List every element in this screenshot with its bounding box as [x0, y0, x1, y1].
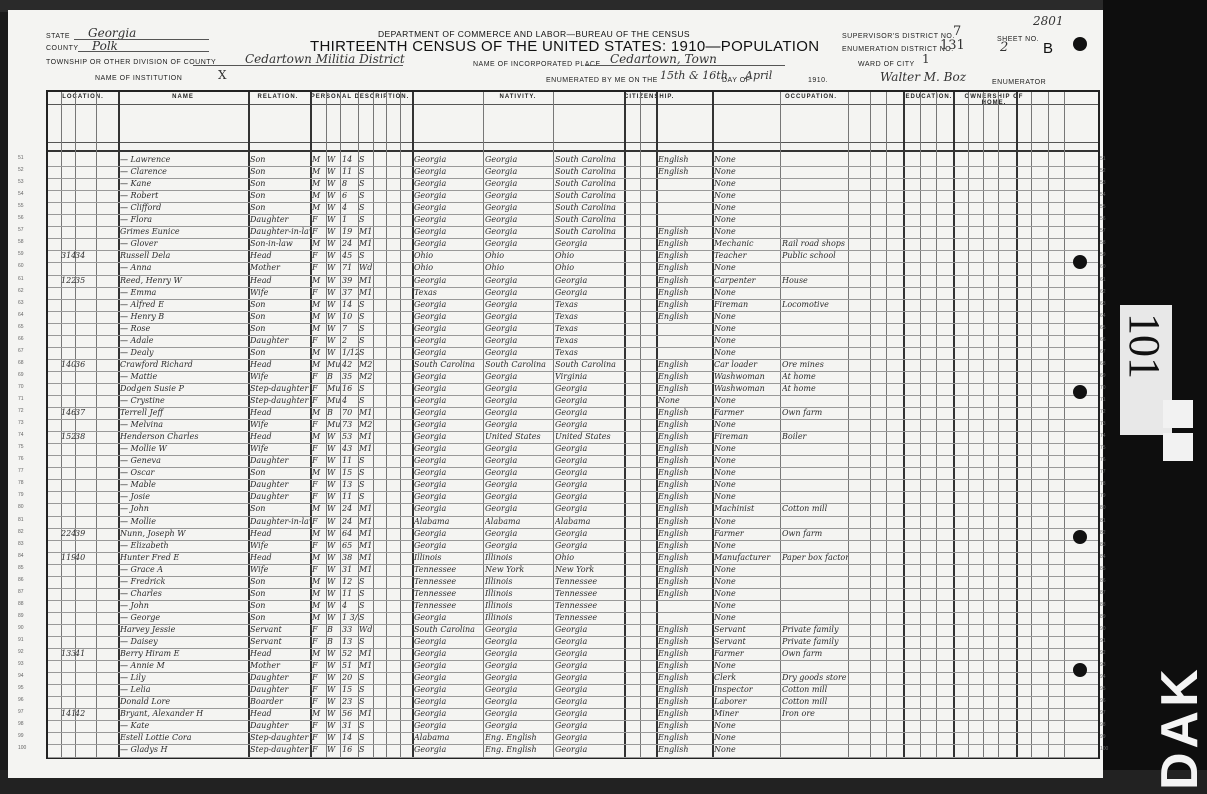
row-name: — Adale — [120, 336, 248, 345]
row-industry: Ore mines — [782, 360, 848, 369]
row-industry: Public school — [782, 251, 848, 260]
row-age: 14 — [342, 155, 358, 164]
row-marital: S — [359, 251, 373, 260]
row-line: 65 — [18, 324, 42, 330]
row-family: 37 — [75, 408, 95, 417]
col-line — [848, 92, 849, 757]
row-age: 35 — [342, 372, 358, 381]
row-industry: Private family — [782, 625, 848, 634]
row-marital: S — [359, 745, 373, 754]
row-trade: Machinist — [714, 504, 780, 513]
row-name: Russell Dela — [120, 251, 248, 260]
row-race: W — [327, 673, 341, 682]
row-line-number-right: 82 — [1100, 530, 1106, 536]
row-mother: Georgia — [555, 408, 624, 417]
row-name: Hunter Fred E — [120, 553, 248, 562]
row-line-number-right: 57 — [1100, 228, 1106, 234]
row-name: — Mollie W — [120, 444, 248, 453]
row-age: 16 — [342, 384, 358, 393]
year-value: 1910. — [808, 77, 828, 84]
row-line: 71 — [18, 396, 42, 402]
punch-hole — [1073, 663, 1087, 677]
row-birth: Georgia — [414, 348, 483, 357]
row-birth: Alabama — [414, 733, 483, 742]
row-industry: Own farm — [782, 649, 848, 658]
row-sex: M — [312, 167, 326, 176]
row-sex: F — [312, 420, 326, 429]
row-father: Eng. English — [485, 733, 553, 742]
row-line-number-right: 69 — [1100, 373, 1106, 379]
row-language: English — [658, 444, 712, 453]
row-name: — Anna — [120, 263, 248, 272]
row-language: English — [658, 661, 712, 670]
stamp-number: 2801 — [1033, 14, 1064, 28]
row-trade: None — [714, 324, 780, 333]
row-sex: F — [312, 444, 326, 453]
row-age: 15 — [342, 685, 358, 694]
row-marital: S — [359, 468, 373, 477]
row-marital: M1 — [359, 432, 373, 441]
row-marital: M1 — [359, 239, 373, 248]
row-marital: S — [359, 348, 373, 357]
dak-label: DAK — [1150, 665, 1207, 790]
row-sex: F — [312, 733, 326, 742]
row-line: 64 — [18, 312, 42, 318]
row-age: 24 — [342, 517, 358, 526]
row-marital: M1 — [359, 408, 373, 417]
row-relation: Daughter-in-law — [250, 517, 310, 526]
row-race: W — [327, 300, 341, 309]
row-language: None — [658, 396, 712, 405]
row-language: English — [658, 384, 712, 393]
row-sex: M — [312, 504, 326, 513]
col-line — [886, 92, 887, 757]
row-name: — Charles — [120, 589, 248, 598]
row-line: 61 — [18, 276, 42, 282]
row-birth: Georgia — [414, 384, 483, 393]
row-language: English — [658, 745, 712, 754]
row-trade: None — [714, 155, 780, 164]
row-line-number-right: 78 — [1100, 481, 1106, 487]
row-race: W — [327, 227, 341, 236]
row-mother: Georgia — [555, 625, 624, 634]
row-relation: Head — [250, 276, 310, 285]
row-line: 55 — [18, 203, 42, 209]
row-sex: F — [312, 336, 326, 345]
row-trade: None — [714, 167, 780, 176]
row-birth: Tennessee — [414, 601, 483, 610]
row-name: Henderson Charles — [120, 432, 248, 441]
row-name: Donald Lore — [120, 697, 248, 706]
row-father: United States — [485, 432, 553, 441]
row-marital: S — [359, 396, 373, 405]
row-dwelling: 122 — [61, 276, 75, 285]
row-name: — Robert — [120, 191, 248, 200]
row-father: Georgia — [485, 203, 553, 212]
enumerated-label: ENUMERATED BY ME ON THE — [546, 77, 658, 84]
row-father: Georgia — [485, 504, 553, 513]
row-father: Georgia — [485, 492, 553, 501]
row-language: English — [658, 420, 712, 429]
row-relation: Step-daughter — [250, 733, 310, 742]
row-name: — John — [120, 504, 248, 513]
row-name: — Mattie — [120, 372, 248, 381]
row-marital: S — [359, 203, 373, 212]
row-race: W — [327, 215, 341, 224]
row-industry: Own farm — [782, 408, 848, 417]
row-line-number-right: 71 — [1100, 397, 1106, 403]
row-name: — Clarence — [120, 167, 248, 176]
row-language: English — [658, 625, 712, 634]
row-line: 53 — [18, 179, 42, 185]
row-father: South Carolina — [485, 360, 553, 369]
row-sex: M — [312, 276, 326, 285]
col-line — [386, 92, 387, 757]
col-line — [1031, 92, 1032, 757]
row-mother: South Carolina — [555, 191, 624, 200]
row-line-number-right: 79 — [1100, 493, 1106, 499]
row-line: 57 — [18, 227, 42, 233]
row-marital: M1 — [359, 661, 373, 670]
row-sex: M — [312, 179, 326, 188]
col-line — [953, 92, 955, 757]
row-relation: Son — [250, 203, 310, 212]
row-birth: Georgia — [414, 324, 483, 333]
row-marital: S — [359, 191, 373, 200]
row-language: English — [658, 673, 712, 682]
row-relation: Wife — [250, 288, 310, 297]
row-father: Alabama — [485, 517, 553, 526]
row-language: English — [658, 649, 712, 658]
row-marital: M1 — [359, 709, 373, 718]
row-line: 98 — [18, 721, 42, 727]
row-family: 42 — [75, 709, 95, 718]
row-marital: S — [359, 167, 373, 176]
row-name: — Emma — [120, 288, 248, 297]
row-trade: Farmer — [714, 529, 780, 538]
section-personal: PERSONAL DESCRIPTION. — [308, 94, 412, 100]
row-race: W — [327, 480, 341, 489]
row-line: 78 — [18, 480, 42, 486]
row-line: 82 — [18, 529, 42, 535]
row-line-number-right: 65 — [1100, 325, 1106, 331]
row-birth: Georgia — [414, 673, 483, 682]
row-line: 60 — [18, 263, 42, 269]
row-language: English — [658, 733, 712, 742]
row-birth: Georgia — [414, 239, 483, 248]
row-relation: Wife — [250, 420, 310, 429]
row-sex: F — [312, 263, 326, 272]
row-race: W — [327, 661, 341, 670]
row-mother: United States — [555, 432, 624, 441]
row-line-number-right: 52 — [1100, 168, 1106, 174]
row-sex: F — [312, 697, 326, 706]
row-race: W — [327, 745, 341, 754]
row-trade: Servant — [714, 625, 780, 634]
row-mother: Georgia — [555, 420, 624, 429]
row-race: W — [327, 444, 341, 453]
row-mother: Georgia — [555, 709, 624, 718]
row-father: Georgia — [485, 444, 553, 453]
row-age: 1 — [342, 215, 358, 224]
row-marital: M1 — [359, 649, 373, 658]
col-line — [373, 92, 374, 757]
row-birth: Tennessee — [414, 577, 483, 586]
col-line — [998, 92, 999, 757]
census-title: THIRTEENTH CENSUS OF THE UNITED STATES: … — [310, 38, 819, 55]
row-race: W — [327, 167, 341, 176]
row-trade: None — [714, 661, 780, 670]
row-age: 24 — [342, 239, 358, 248]
row-sex: M — [312, 432, 326, 441]
row-sex: M — [312, 601, 326, 610]
row-relation: Daughter — [250, 673, 310, 682]
row-name: — Clifford — [120, 203, 248, 212]
row-relation: Son — [250, 504, 310, 513]
row-line-number-right: 91 — [1100, 638, 1106, 644]
col-line — [780, 92, 781, 757]
row-language: English — [658, 468, 712, 477]
row-birth: Tennessee — [414, 565, 483, 574]
row-relation: Wife — [250, 444, 310, 453]
row-language: English — [658, 408, 712, 417]
row-family: 41 — [75, 649, 95, 658]
row-name: — Lily — [120, 673, 248, 682]
row-line-number-right: 75 — [1100, 445, 1106, 451]
row-mother: South Carolina — [555, 203, 624, 212]
row-line-number-right: 83 — [1100, 542, 1106, 548]
row-father: Ohio — [485, 251, 553, 260]
row-language: English — [658, 480, 712, 489]
row-father: Georgia — [485, 191, 553, 200]
row-birth: Georgia — [414, 697, 483, 706]
row-birth: Georgia — [414, 721, 483, 730]
row-marital: S — [359, 577, 373, 586]
row-dwelling: 152 — [61, 432, 75, 441]
row-birth: Georgia — [414, 408, 483, 417]
row-name: Harvey Jessie — [120, 625, 248, 634]
row-father: Illinois — [485, 613, 553, 622]
row-trade: Inspector — [714, 685, 780, 694]
row-name: — Crystine — [120, 396, 248, 405]
row-mother: Georgia — [555, 673, 624, 682]
row-line: 74 — [18, 432, 42, 438]
row-race: B — [327, 637, 341, 646]
row-race: W — [327, 577, 341, 586]
row-race: W — [327, 179, 341, 188]
row-line: 56 — [18, 215, 42, 221]
row-age: 24 — [342, 504, 358, 513]
row-mother: Alabama — [555, 517, 624, 526]
row-language: English — [658, 577, 712, 586]
section-nativity: NATIVITY. — [412, 94, 624, 100]
row-industry: Rail road shops — [782, 239, 848, 248]
supervisor-district-value: 7 — [953, 24, 961, 39]
row-birth: Tennessee — [414, 589, 483, 598]
row-age: 8 — [342, 179, 358, 188]
row-age: 31 — [342, 565, 358, 574]
row-race: W — [327, 456, 341, 465]
row-relation: Son — [250, 468, 310, 477]
enumerator-name: Walter M. Boz — [880, 70, 966, 84]
row-sex: F — [312, 492, 326, 501]
row-line-number-right: 58 — [1100, 240, 1106, 246]
state-value: Georgia — [88, 26, 136, 40]
row-father: Georgia — [485, 167, 553, 176]
row-relation: Step-daughter — [250, 745, 310, 754]
row-name: — Gladys H — [120, 745, 248, 754]
row-mother: Tennessee — [555, 577, 624, 586]
section-occupation: OCCUPATION. — [706, 94, 916, 100]
row-industry: Dry goods store — [782, 673, 848, 682]
row-marital: S — [359, 721, 373, 730]
row-mother: Ohio — [555, 553, 624, 562]
row-name: — Mable — [120, 480, 248, 489]
row-age: 14 — [342, 300, 358, 309]
row-line-number-right: 55 — [1100, 204, 1106, 210]
row-race: B — [327, 625, 341, 634]
row-relation: Son — [250, 613, 310, 622]
row-relation: Son — [250, 155, 310, 164]
row-birth: Georgia — [414, 276, 483, 285]
row-birth: Georgia — [414, 468, 483, 477]
row-line-number-right: 84 — [1100, 554, 1106, 560]
row-age: 20 — [342, 673, 358, 682]
row-sex: M — [312, 324, 326, 333]
row-marital: S — [359, 697, 373, 706]
section-ownership: OWNERSHIP OF HOME. — [954, 94, 1034, 106]
row-father: Georgia — [485, 312, 553, 321]
row-sex: F — [312, 661, 326, 670]
row-age: 39 — [342, 276, 358, 285]
row-language: English — [658, 251, 712, 260]
row-father: Georgia — [485, 384, 553, 393]
col-line — [1016, 92, 1018, 757]
header-divider — [48, 142, 1098, 143]
row-age: 2 — [342, 336, 358, 345]
row-name: — Annie M — [120, 661, 248, 670]
row-trade: None — [714, 456, 780, 465]
col-line — [920, 92, 921, 757]
row-language: English — [658, 504, 712, 513]
row-sex: F — [312, 480, 326, 489]
row-age: 10 — [342, 312, 358, 321]
row-industry: Private family — [782, 637, 848, 646]
row-line-number-right: 94 — [1100, 674, 1106, 680]
row-line: 94 — [18, 673, 42, 679]
row-line-number-right: 59 — [1100, 252, 1106, 258]
row-father: Georgia — [485, 408, 553, 417]
row-mother: Georgia — [555, 288, 624, 297]
row-father: Eng. English — [485, 745, 553, 754]
col-line — [553, 92, 554, 757]
row-relation: Son — [250, 179, 310, 188]
row-birth: Georgia — [414, 155, 483, 164]
row-name: Crawford Richard — [120, 360, 248, 369]
row-birth: Georgia — [414, 637, 483, 646]
row-industry: Iron ore — [782, 709, 848, 718]
row-trade: Farmer — [714, 649, 780, 658]
row-trade: Mechanic — [714, 239, 780, 248]
row-mother: Georgia — [555, 685, 624, 694]
row-line-number-right: 95 — [1100, 686, 1106, 692]
row-relation: Son — [250, 300, 310, 309]
row-race: W — [327, 649, 341, 658]
row-sex: F — [312, 384, 326, 393]
row-age: 65 — [342, 541, 358, 550]
row-relation: Servant — [250, 637, 310, 646]
row-language: English — [658, 456, 712, 465]
row-relation: Mother — [250, 661, 310, 670]
row-race: W — [327, 613, 341, 622]
row-father: Georgia — [485, 709, 553, 718]
row-mother: Georgia — [555, 541, 624, 550]
row-sex: F — [312, 372, 326, 381]
row-sex: F — [312, 685, 326, 694]
row-birth: Ohio — [414, 251, 483, 260]
row-age: 11 — [342, 167, 358, 176]
row-name: Grimes Eunice — [120, 227, 248, 236]
col-line — [624, 92, 626, 757]
row-relation: Head — [250, 649, 310, 658]
institution-label: NAME OF INSTITUTION — [95, 75, 182, 82]
row-line-number-right: 63 — [1100, 301, 1106, 307]
row-relation: Son — [250, 191, 310, 200]
row-marital: S — [359, 324, 373, 333]
row-line: 72 — [18, 408, 42, 414]
row-industry: At home — [782, 384, 848, 393]
row-age: 52 — [342, 649, 358, 658]
row-sex: M — [312, 613, 326, 622]
row-birth: Alabama — [414, 517, 483, 526]
row-name: Dodgen Susie P — [120, 384, 248, 393]
row-sex: M — [312, 589, 326, 598]
row-name: — Kane — [120, 179, 248, 188]
row-birth: Georgia — [414, 661, 483, 670]
row-dwelling: 141 — [61, 709, 75, 718]
row-dwelling: 133 — [61, 649, 75, 658]
row-race: Mu — [327, 360, 341, 369]
row-line: 66 — [18, 336, 42, 342]
row-relation: Daughter — [250, 480, 310, 489]
row-father: Georgia — [485, 456, 553, 465]
row-father: Georgia — [485, 227, 553, 236]
row-father: Georgia — [485, 372, 553, 381]
row-race: W — [327, 565, 341, 574]
row-mother: Georgia — [555, 480, 624, 489]
row-language: English — [658, 155, 712, 164]
row-trade: None — [714, 420, 780, 429]
row-name: — Josie — [120, 492, 248, 501]
col-line — [640, 92, 641, 757]
incorporated-place-value: Cedartown, Town — [610, 52, 717, 66]
row-language: English — [658, 541, 712, 550]
row-sex: F — [312, 396, 326, 405]
row-birth: Georgia — [414, 179, 483, 188]
row-father: Georgia — [485, 288, 553, 297]
row-mother: New York — [555, 565, 624, 574]
punch-hole — [1073, 255, 1087, 269]
row-mother: Texas — [555, 300, 624, 309]
row-age: 42 — [342, 360, 358, 369]
row-relation: Daughter — [250, 215, 310, 224]
row-father: Georgia — [485, 673, 553, 682]
row-mother: Georgia — [555, 396, 624, 405]
row-sex: F — [312, 288, 326, 297]
row-race: B — [327, 408, 341, 417]
row-marital: S — [359, 300, 373, 309]
row-family: 38 — [75, 432, 95, 441]
